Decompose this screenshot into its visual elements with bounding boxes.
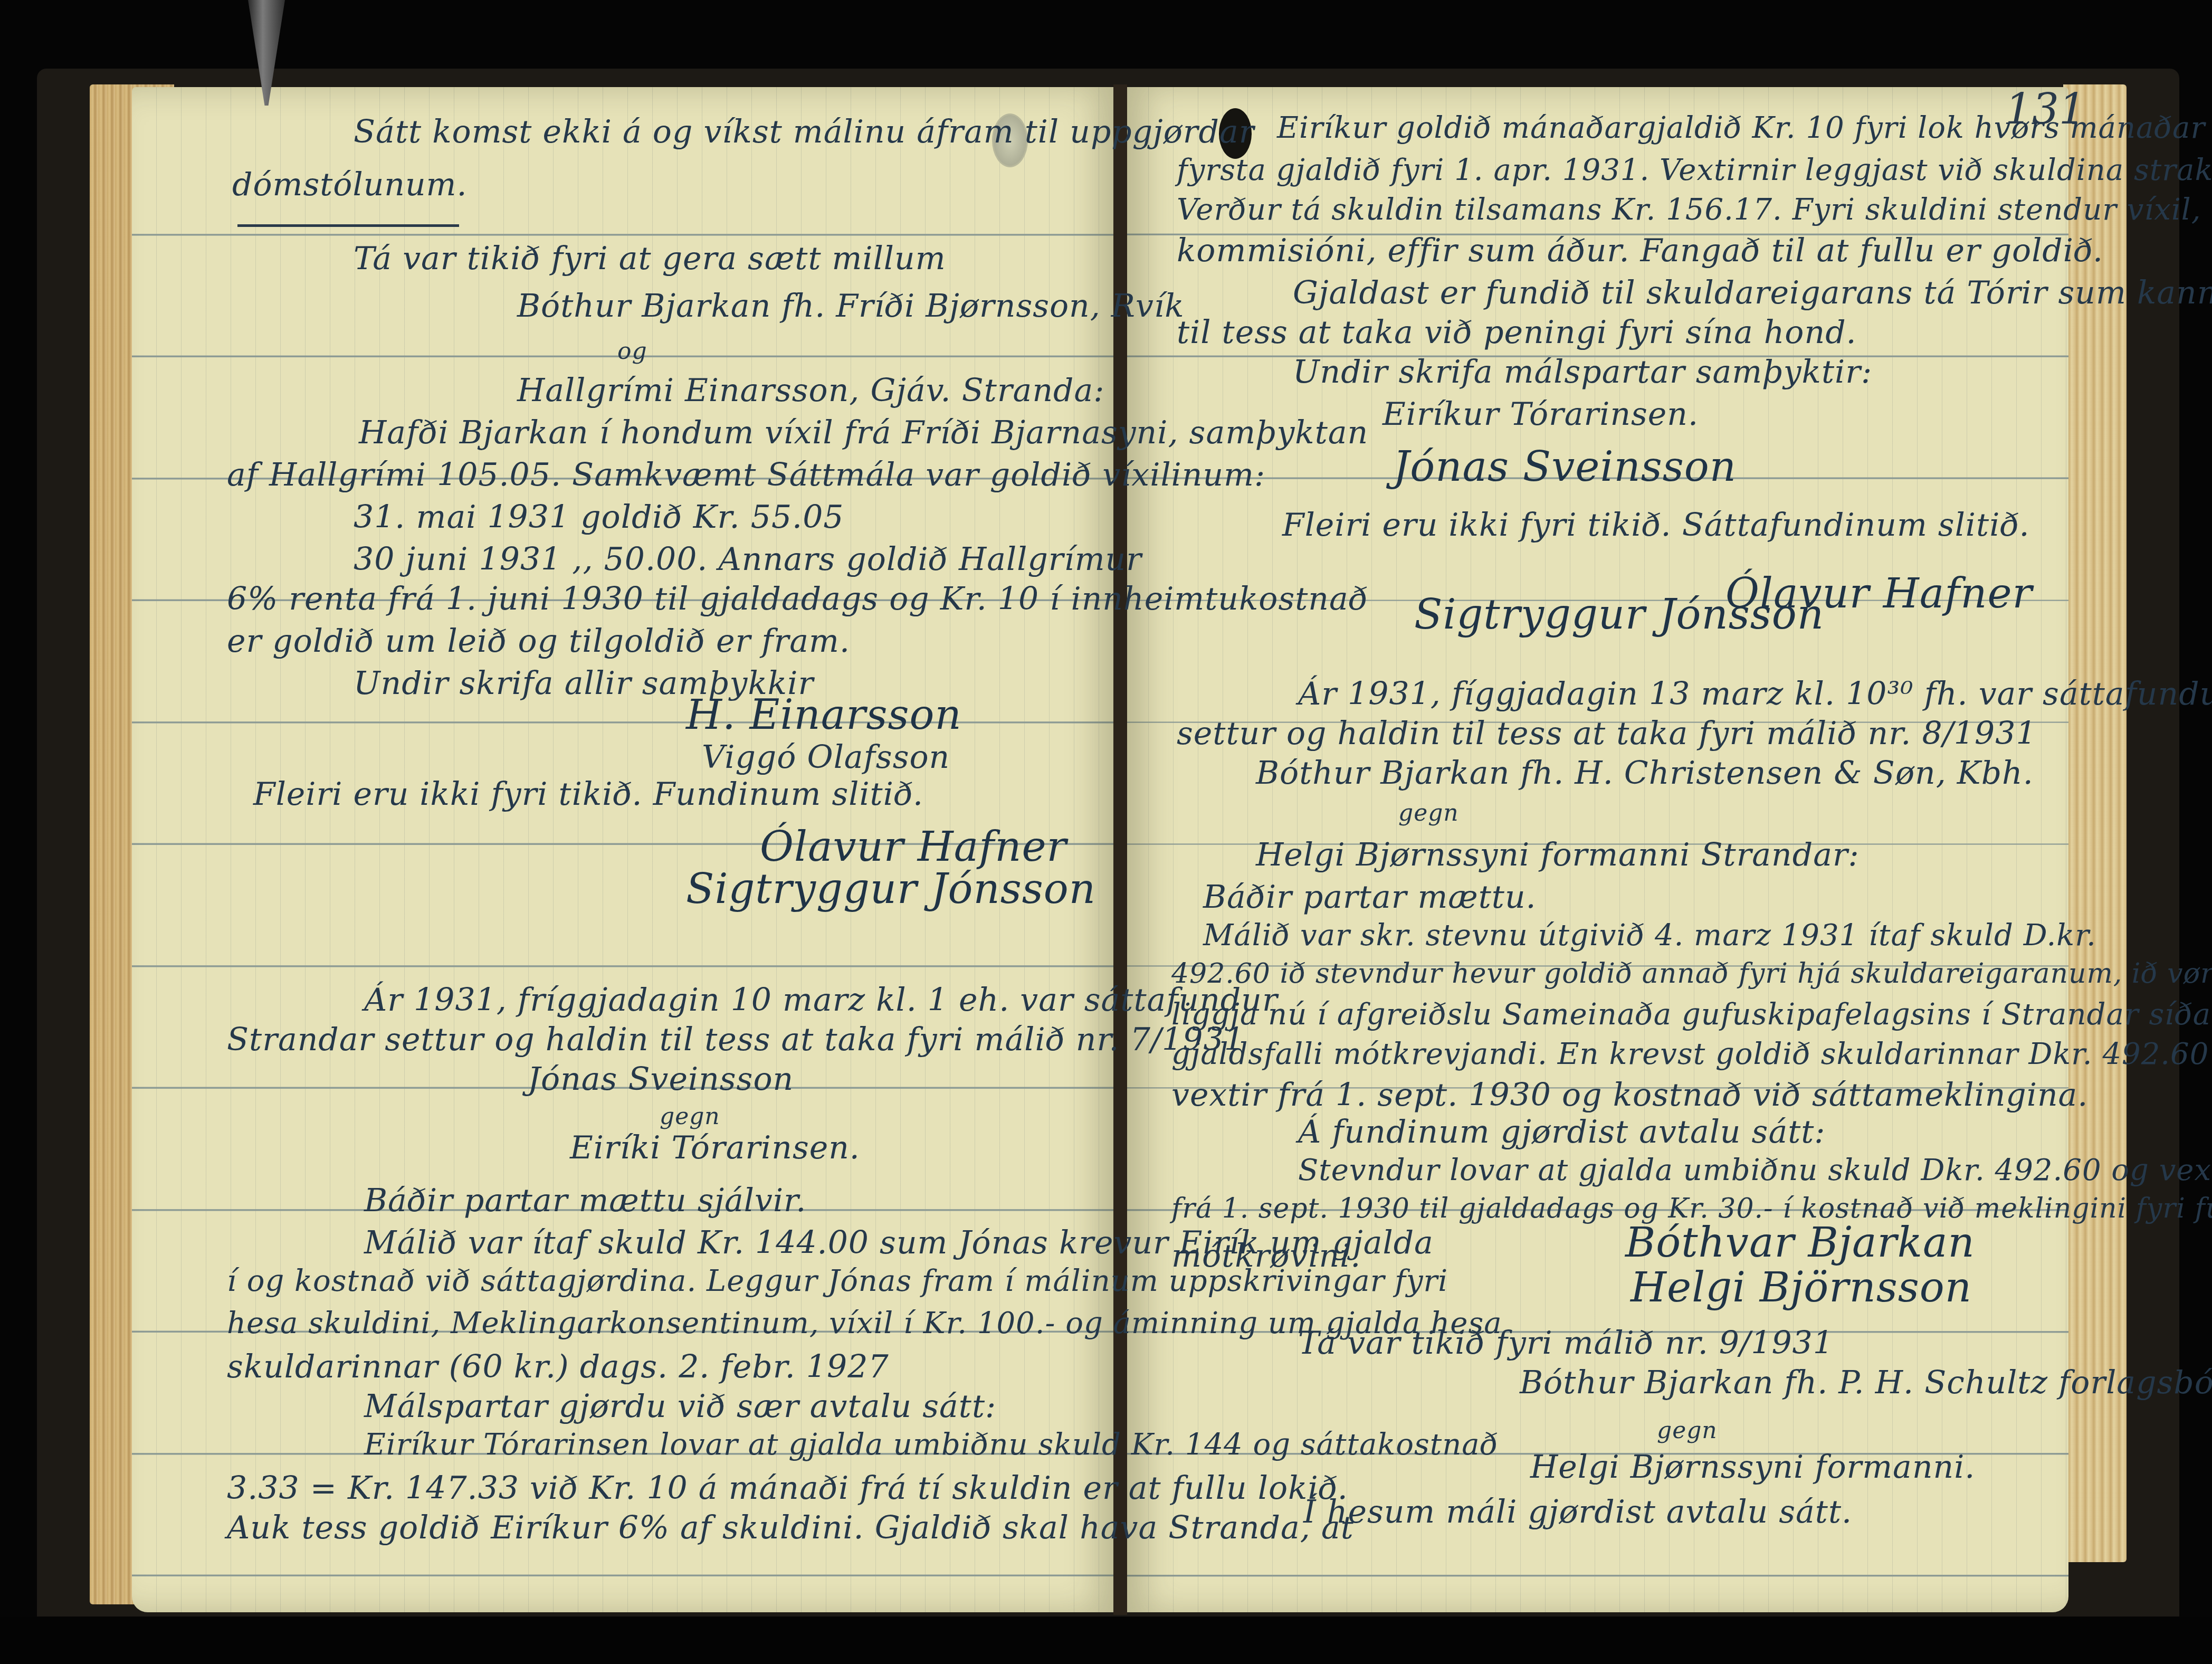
- signature: Bóthvar Bjarkan: [1625, 1219, 1975, 1267]
- signature: Jónas Sveinsson: [1393, 443, 1737, 491]
- text-line: og: [617, 338, 647, 365]
- text-line: Eiríki Tórarinsen.: [570, 1129, 860, 1166]
- text-line: Sátt komst ekki á og víkst málinu áfram …: [354, 113, 1254, 150]
- text-line: Eiríkur goldið mánaðargjaldið Kr. 10 fyr…: [1277, 111, 2212, 145]
- text-line: til tess at taka við peningi fyri sína h…: [1177, 314, 1857, 351]
- text-line: gegn: [660, 1103, 720, 1130]
- text-line: Auk tess goldið Eiríkur 6% af skuldini. …: [227, 1509, 1354, 1546]
- text-line: Helgi Bjørnssyni formanni Strandar:: [1256, 836, 1860, 873]
- text-line: Stevndur lovar at gjalda umbiðnu skuld D…: [1298, 1153, 2212, 1187]
- text-line: Fleiri eru ikki fyri tikið. Sáttafundinu…: [1282, 507, 2029, 544]
- signature: Sigtryggur Jónsson: [686, 866, 1096, 913]
- text-line: Bóthur Bjarkan fh. Fríði Bjørnsson, Rvík: [517, 288, 1185, 325]
- text-line: liggja nú í afgreiðslu Sameinaða gufuski…: [1171, 997, 2212, 1032]
- text-line: er goldið um leið og tilgoldið er fram.: [227, 623, 850, 660]
- signature: Ólavur Hafner: [1725, 570, 2033, 617]
- text-line: af Hallgrími 105.05. Samkvæmt Sáttmála v…: [227, 457, 1265, 493]
- text-line: Tá var tikið fyri málið nr. 9/1931: [1298, 1325, 1834, 1362]
- text-line: Hafði Bjarkan í hondum víxil frá Fríði B…: [359, 414, 1368, 451]
- signature: Ólavur Hafner: [760, 823, 1067, 871]
- text-line: vextir frá 1. sept. 1930 og kostnað við …: [1171, 1077, 2088, 1114]
- text-line: Ár 1931, fíggjadagin 13 marz kl. 10³⁰ fh…: [1298, 676, 2212, 712]
- text-line: Báðir partar mættu.: [1203, 879, 1537, 916]
- text-line: fyrsta gjaldið fyri 1. apr. 1931. Vextir…: [1177, 153, 2212, 187]
- background-shadow: [0, 1617, 2212, 1664]
- text-line: Undir skrifa málspartar samþyktir:: [1293, 354, 1872, 391]
- text-line: Hallgrími Einarsson, Gjáv. Stranda:: [517, 372, 1104, 409]
- text-line: mótkrøvini.: [1171, 1238, 1361, 1275]
- signature: Viggó Olafsson: [702, 739, 950, 776]
- text-line: dómstólunum.: [232, 166, 468, 203]
- text-line: Jónas Sveinsson: [528, 1061, 794, 1098]
- text-line: Strandar settur og haldin til tess at ta…: [227, 1021, 1245, 1058]
- text-line: 3.33 = Kr. 147.33 við Kr. 10 á mánaði fr…: [227, 1470, 1348, 1507]
- text-line: gegn: [1657, 1417, 1718, 1444]
- text-line: Fleiri eru ikki fyri tikið. Fundinum sli…: [253, 776, 923, 813]
- text-line: 6% renta frá 1. juni 1930 til gjaldadags…: [227, 581, 1368, 617]
- text-line: Ár 1931, fríggjadagin 10 marz kl. 1 eh. …: [364, 982, 1278, 1019]
- text-line: Í hesum máli gjørdist avtalu sátt.: [1303, 1494, 1852, 1530]
- text-line: Á fundinum gjørdist avtalu sátt:: [1298, 1114, 1826, 1150]
- text-line: settur og haldin til tess at taka fyri m…: [1177, 715, 2037, 752]
- text-line: Báðir partar mættu sjálvir.: [364, 1182, 806, 1219]
- text-line: Bóthur Bjarkan fh. H. Christensen & Søn,…: [1256, 755, 2034, 792]
- text-line: Gjaldast er fundið til skuldareigarans t…: [1293, 274, 2212, 311]
- text-line: kommisióni, effir sum áður. Fangað til a…: [1177, 232, 2103, 269]
- text-line: 492.60 ið stevndur hevur goldið annað fy…: [1171, 958, 2212, 990]
- text-line: Málspartar gjørdu við sær avtalu sátt:: [364, 1388, 996, 1425]
- text-line: Verður tá skuldin tilsamans Kr. 156.17. …: [1177, 193, 2212, 227]
- text-line: Málið var skr. stevnu útgivið 4. marz 19…: [1203, 918, 2096, 953]
- text-line: gjaldsfalli mótkrevjandi. En krevst gold…: [1171, 1037, 2212, 1071]
- text-line: 30 juni 1931 ,, 50.00. Annars goldið Hal…: [354, 541, 1142, 578]
- signature: Eiríkur Tórarinsen.: [1382, 396, 1699, 433]
- text-line: Bóthur Bjarkan fh. P. H. Schultz forlags…: [1520, 1364, 2212, 1401]
- text-line: skuldarinnar (60 kr.) dags. 2. febr. 192…: [227, 1348, 889, 1385]
- section-divider: [237, 224, 459, 227]
- signature: H. Einarsson: [686, 691, 962, 739]
- text-line: Helgi Bjørnssyni formanni.: [1530, 1449, 1975, 1486]
- text-line: 31. mai 1931 goldið Kr. 55.05: [354, 499, 844, 536]
- signature: Helgi Björnsson: [1631, 1264, 1972, 1311]
- text-line: Tá var tikið fyri at gera sætt millum: [354, 240, 946, 277]
- text-line: gegn: [1398, 800, 1459, 826]
- text-line: Eiríkur Tórarinsen lovar at gjalda umbið…: [364, 1428, 1498, 1462]
